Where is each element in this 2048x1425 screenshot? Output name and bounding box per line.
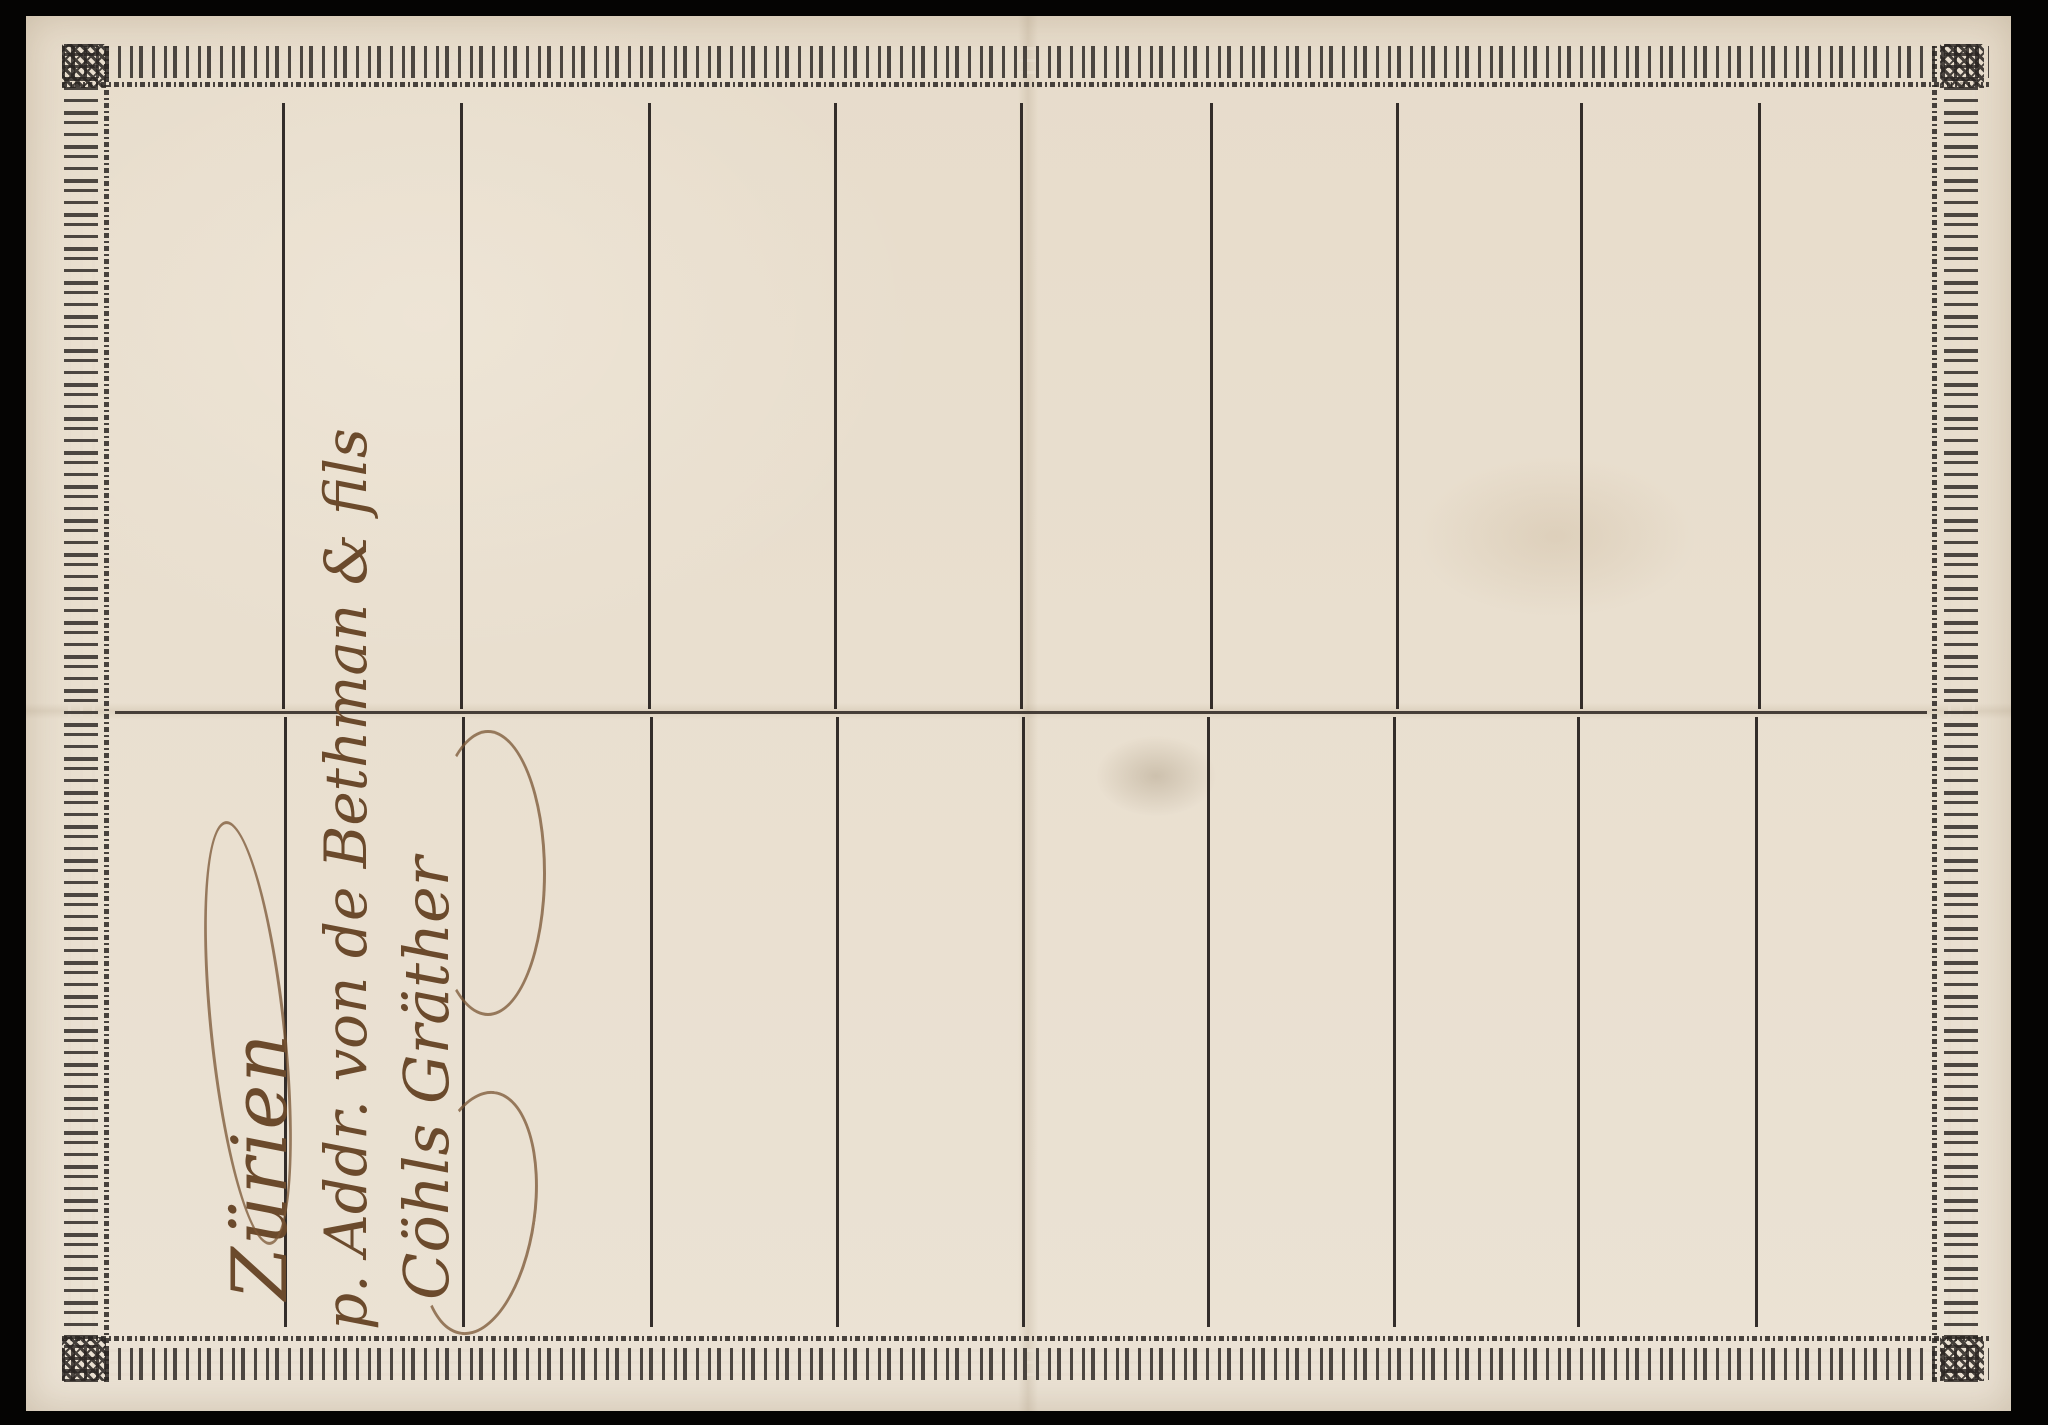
- ruled-grid: [115, 95, 1927, 1335]
- column-rule: [1758, 103, 1761, 709]
- leaf-ornament-band: [62, 1348, 1989, 1380]
- ornamental-border-right: [1930, 44, 1982, 1382]
- column-rule: [1207, 717, 1210, 1327]
- leaf-ornament-band: [64, 44, 98, 1382]
- column-rule: [650, 717, 653, 1327]
- column-rule: [648, 103, 651, 709]
- handwritten-forwarding-note: p. Addr. von de Bethman & fils: [312, 428, 380, 1330]
- column-rule: [1210, 103, 1213, 709]
- column-rule: [1020, 103, 1023, 709]
- beaded-rule: [1932, 44, 1937, 1382]
- column-rule: [1580, 103, 1583, 709]
- ornamental-border-top: [62, 44, 1989, 90]
- corner-ornament-bottom-right: [1940, 1337, 1984, 1381]
- horizontal-divider: [115, 711, 1927, 714]
- column-rule: [282, 103, 285, 709]
- column-rule: [1022, 717, 1025, 1327]
- beaded-rule: [62, 82, 1989, 87]
- column-rule: [1577, 717, 1580, 1327]
- column-rule: [834, 103, 837, 709]
- column-rule: [1396, 103, 1399, 709]
- leaf-ornament-band: [62, 46, 1989, 78]
- corner-ornament-top-left: [62, 44, 106, 88]
- leaf-ornament-band: [1944, 44, 1978, 1382]
- beaded-rule: [104, 44, 109, 1382]
- corner-ornament-top-right: [1940, 44, 1984, 88]
- ornamental-border-left: [62, 44, 114, 1382]
- corner-ornament-bottom-left: [62, 1337, 106, 1381]
- column-rule: [836, 717, 839, 1327]
- column-rule: [460, 103, 463, 709]
- ornamental-border-bottom: [62, 1334, 1989, 1382]
- beaded-rule: [62, 1336, 1989, 1341]
- column-rule: [1393, 717, 1396, 1327]
- column-rule: [1755, 717, 1758, 1327]
- pen-flourish: [430, 730, 546, 1016]
